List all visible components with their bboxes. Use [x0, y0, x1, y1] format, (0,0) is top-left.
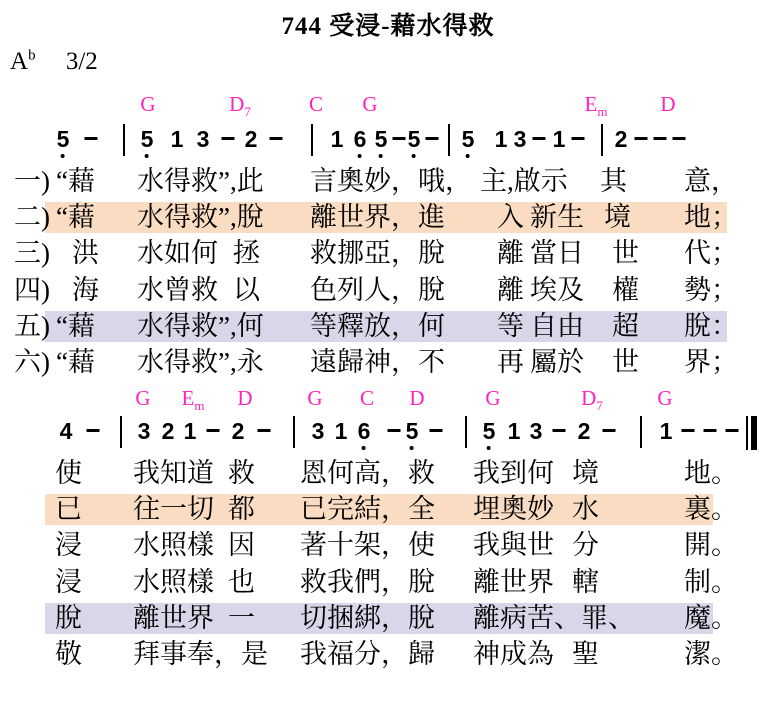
note-digit: 1 — [508, 418, 521, 444]
note-digit: 1 — [660, 418, 673, 444]
note-digit: 2 — [245, 126, 258, 152]
duration-dash — [222, 137, 235, 140]
lyric-segment: 以 — [233, 275, 260, 306]
note-digit: 5 — [483, 418, 496, 444]
duration-dash — [673, 137, 686, 140]
chord-label: G — [140, 92, 155, 116]
lyric-segment: “藉 — [56, 347, 95, 378]
verse-label: 二) — [14, 202, 50, 233]
lyric-segment: 水得救”,永 — [137, 347, 264, 378]
note-digit: 1 — [335, 418, 348, 444]
lyric-segment: 聖 — [572, 639, 599, 670]
lyric-segment: 已完結，全 — [300, 494, 435, 525]
lyric-segment: 色列人，脫 — [310, 275, 445, 306]
lyric-segment: 水照樣 — [133, 530, 214, 561]
lyric-segment: 水照樣 — [133, 567, 214, 598]
verse-label: 六) — [14, 347, 50, 378]
lyric-segment: 自由 — [530, 311, 584, 342]
chord-label: Em — [182, 386, 205, 411]
barline — [601, 124, 603, 156]
low-octave-dot — [412, 154, 416, 158]
lyric-segment: 勢； — [684, 275, 738, 306]
barline — [448, 124, 450, 156]
lyric-segment: 往一切 — [133, 494, 214, 525]
lyric-row: 敬拜事奉，是我福分，歸神成為聖潔。 — [0, 639, 776, 673]
lyric-segment: 當日 — [530, 238, 584, 269]
lyric-row: 六)“藉水得救”,永遠歸神，不再屬於世界； — [0, 347, 776, 381]
note-digit: 1 — [184, 418, 197, 444]
duration-dash — [426, 137, 439, 140]
low-octave-dot — [362, 446, 366, 450]
lyric-segment: 敬 — [55, 639, 82, 670]
key-signature: Ab 3/2 — [10, 48, 98, 76]
notation-row: 43212316551321 — [0, 418, 776, 456]
duration-dash — [682, 429, 695, 432]
lyric-segment: 神成為 — [473, 639, 554, 670]
lyric-segment: 再 — [497, 347, 524, 378]
lyric-segment: 屬於 — [530, 347, 584, 378]
lyric-row: 一)“藉水得救”,此言奧妙，哦，主,啟示其意， — [0, 166, 776, 200]
chord-label: Em — [585, 92, 608, 117]
lyric-segment: 水得救”,此 — [137, 166, 264, 197]
lyric-segment: 離世界，進 — [310, 202, 445, 233]
note-digit: 6 — [354, 126, 367, 152]
lyric-row: 三)洪水如何拯救挪亞，脫離當日世代； — [0, 238, 776, 272]
note-digit: 3 — [312, 418, 325, 444]
low-octave-dot — [487, 446, 491, 450]
low-octave-dot — [145, 154, 149, 158]
duration-dash — [533, 137, 546, 140]
lyric-segment: 代； — [684, 238, 738, 269]
lyric-segment: 等 — [497, 311, 524, 342]
verse-label: 五) — [14, 311, 50, 342]
lyric-segment: 救我們，脫 — [300, 567, 435, 598]
lyric-segment: 言奧妙，哦， — [310, 166, 472, 197]
duration-dash — [704, 429, 717, 432]
lyric-segment: 拜事奉，是 — [133, 639, 268, 670]
lyric-segment: 一 — [228, 603, 255, 634]
chord-label: D7 — [229, 92, 251, 117]
lyric-segment: 離世界 — [473, 567, 554, 598]
duration-dash — [270, 137, 283, 140]
key-letter: A — [10, 48, 28, 75]
lyric-segment: 切捆綁，脫 — [300, 603, 435, 634]
thick-bar — [751, 416, 757, 450]
low-octave-dot — [61, 154, 65, 158]
lyric-segment: “藉 — [56, 166, 95, 197]
lyric-segment: 世 — [612, 347, 639, 378]
lyric-segment: 魔。 — [684, 603, 738, 634]
lyric-segment: 其 — [600, 166, 627, 197]
note-digit: 3 — [138, 418, 151, 444]
note-digit: 3 — [197, 126, 210, 152]
lyric-segment: 我與世 — [473, 530, 554, 561]
lyric-segment: 界； — [684, 347, 738, 378]
lyric-segment: 脫： — [684, 311, 738, 342]
chord-subscript: m — [597, 104, 607, 119]
lyric-segment: 海 — [72, 275, 99, 306]
verse-label: 三) — [14, 238, 50, 269]
lyric-segment: 境 — [572, 458, 599, 489]
lyric-row: 已往一切都已完結，全埋奧妙水裏。 — [0, 494, 776, 528]
lyric-segment: 恩何高，救 — [300, 458, 435, 489]
lyric-segment: “藉 — [56, 202, 95, 233]
lyric-segment: 浸 — [55, 530, 82, 561]
note-digit: 1 — [331, 126, 344, 152]
lyric-segment: 救 — [228, 458, 255, 489]
note-digit: 1 — [495, 126, 508, 152]
lyric-row: 脫離世界一切捆綁，脫離病苦、罪、魔。 — [0, 603, 776, 637]
verse-label: 四) — [14, 275, 50, 306]
verse-label: 一) — [14, 166, 50, 197]
lyric-segment: 制。 — [684, 567, 738, 598]
lyric-segment: 水曾救 — [137, 275, 218, 306]
chord-subscript: 7 — [244, 104, 251, 119]
lyric-segment: 權 — [612, 275, 639, 306]
note-digit: 2 — [615, 126, 628, 152]
low-octave-dot — [358, 154, 362, 158]
lyric-segment: 境 — [604, 202, 631, 233]
duration-dash — [87, 429, 100, 432]
note-digit: 1 — [171, 126, 184, 152]
lyric-segment: 埋奧妙 — [473, 494, 554, 525]
lyric-row: 四)海水曾救以色列人，脫離埃及權勢； — [0, 275, 776, 309]
lyric-segment: 地。 — [684, 458, 738, 489]
duration-dash — [393, 137, 406, 140]
duration-dash — [572, 137, 585, 140]
lyric-segment: 著十架，使 — [300, 530, 435, 561]
lyric-segment: 水得救”,脫 — [137, 202, 264, 233]
lyric-row: 浸水照樣也救我們，脫離世界轄制。 — [0, 567, 776, 601]
lyric-segment: 轄 — [572, 567, 599, 598]
note-digit: 6 — [358, 418, 371, 444]
lyric-row: 二)“藉水得救”,脫離世界，進入新生境地； — [0, 202, 776, 236]
barline — [465, 416, 467, 448]
flat-symbol: b — [28, 48, 36, 64]
chord-label: D — [409, 386, 424, 410]
lyric-segment: 新生 — [530, 202, 584, 233]
duration-dash — [85, 137, 98, 140]
lyric-segment: 開。 — [684, 530, 738, 561]
note-digit: 1 — [553, 126, 566, 152]
lyric-segment: 我到何 — [473, 458, 554, 489]
note-digit: 5 — [57, 126, 70, 152]
chord-label: D — [237, 386, 252, 410]
barline — [123, 124, 125, 156]
barline — [120, 416, 122, 448]
low-octave-dot — [410, 446, 414, 450]
note-digit: 5 — [462, 126, 475, 152]
duration-dash — [207, 429, 220, 432]
chord-label: G — [657, 386, 672, 410]
note-digit: 5 — [408, 126, 421, 152]
lyric-segment: 離病苦、罪、 — [473, 603, 635, 634]
lyric-segment: 離 — [497, 275, 524, 306]
duration-dash — [726, 429, 739, 432]
hymn-title: 744 受浸-藉水得救 — [0, 6, 776, 42]
duration-dash — [430, 429, 443, 432]
note-digit: 2 — [232, 418, 245, 444]
lyric-segment: 離 — [497, 238, 524, 269]
chord-subscript: 7 — [596, 398, 603, 413]
lyric-segment: 浸 — [55, 567, 82, 598]
duration-dash — [603, 429, 616, 432]
lyric-row: 使我知道救恩何高，救我到何境地。 — [0, 458, 776, 492]
duration-dash — [388, 429, 401, 432]
lyric-segment: 超 — [612, 311, 639, 342]
hymn-sheet: 744 受浸-藉水得救 Ab 3/2 GD7CGEmD5513216555131… — [0, 0, 776, 723]
lyric-segment: 裏。 — [684, 494, 738, 525]
chord-row: GD7CGEmD — [0, 92, 776, 118]
chord-label: C — [309, 92, 323, 116]
chord-subscript: m — [194, 398, 204, 413]
note-digit: 5 — [406, 418, 419, 444]
chord-label: G — [362, 92, 377, 116]
duration-dash — [553, 429, 566, 432]
chord-row: GEmDGCDGD7G — [0, 386, 776, 412]
duration-dash — [258, 429, 271, 432]
lyric-segment: 都 — [228, 494, 255, 525]
lyric-segment: 水如何 — [137, 238, 218, 269]
lyric-segment: 因 — [228, 530, 255, 561]
lyric-segment: 離世界 — [133, 603, 214, 634]
chord-label: G — [135, 386, 150, 410]
lyric-segment: 使 — [55, 458, 82, 489]
lyric-segment: 拯 — [233, 238, 260, 269]
final-barline — [746, 416, 760, 450]
notation-row: 55132165551312 — [0, 126, 776, 164]
note-digit: 2 — [578, 418, 591, 444]
note-digit: 5 — [375, 126, 388, 152]
chord-label: G — [485, 386, 500, 410]
note-digit: 2 — [162, 418, 175, 444]
lyric-segment: 分 — [572, 530, 599, 561]
lyric-segment: 入 — [497, 202, 524, 233]
lyric-segment: 洪 — [72, 238, 99, 269]
duration-dash — [654, 137, 667, 140]
time-signature: 3/2 — [66, 48, 98, 75]
lyric-segment: “藉 — [56, 311, 95, 342]
lyric-segment: 也 — [228, 567, 255, 598]
note-digit: 5 — [141, 126, 154, 152]
lyric-segment: 我福分，歸 — [300, 639, 435, 670]
barline — [311, 124, 313, 156]
lyric-segment: 潔。 — [684, 639, 738, 670]
lyric-row: 浸水照樣因著十架，使我與世分開。 — [0, 530, 776, 564]
lyric-segment: 主,啟示 — [480, 166, 568, 197]
barline — [640, 416, 642, 448]
lyric-segment: 水 — [572, 494, 599, 525]
thin-bar — [746, 416, 748, 450]
lyric-segment: 世 — [612, 238, 639, 269]
note-digit: 3 — [530, 418, 543, 444]
lyric-segment: 我知道 — [133, 458, 214, 489]
barline — [293, 416, 295, 448]
lyric-segment: 遠歸神，不 — [310, 347, 445, 378]
key-note: Ab — [10, 48, 36, 75]
lyric-segment: 等釋放，何 — [310, 311, 445, 342]
lyric-segment: 意， — [684, 166, 738, 197]
lyric-segment: 脫 — [55, 603, 82, 634]
lyric-segment: 救挪亞，脫 — [310, 238, 445, 269]
chord-label: D — [660, 92, 675, 116]
note-digit: 4 — [60, 418, 73, 444]
note-digit: 3 — [514, 126, 527, 152]
lyric-segment: 地； — [684, 202, 738, 233]
duration-dash — [635, 137, 648, 140]
low-octave-dot — [466, 154, 470, 158]
low-octave-dot — [379, 154, 383, 158]
lyric-segment: 已 — [55, 494, 82, 525]
chord-label: C — [360, 386, 374, 410]
lyric-row: 五)“藉水得救”,何等釋放，何等自由超脫： — [0, 311, 776, 345]
chord-label: D7 — [581, 386, 603, 411]
lyric-segment: 埃及 — [530, 275, 584, 306]
chord-label: G — [307, 386, 322, 410]
lyric-segment: 水得救”,何 — [137, 311, 264, 342]
